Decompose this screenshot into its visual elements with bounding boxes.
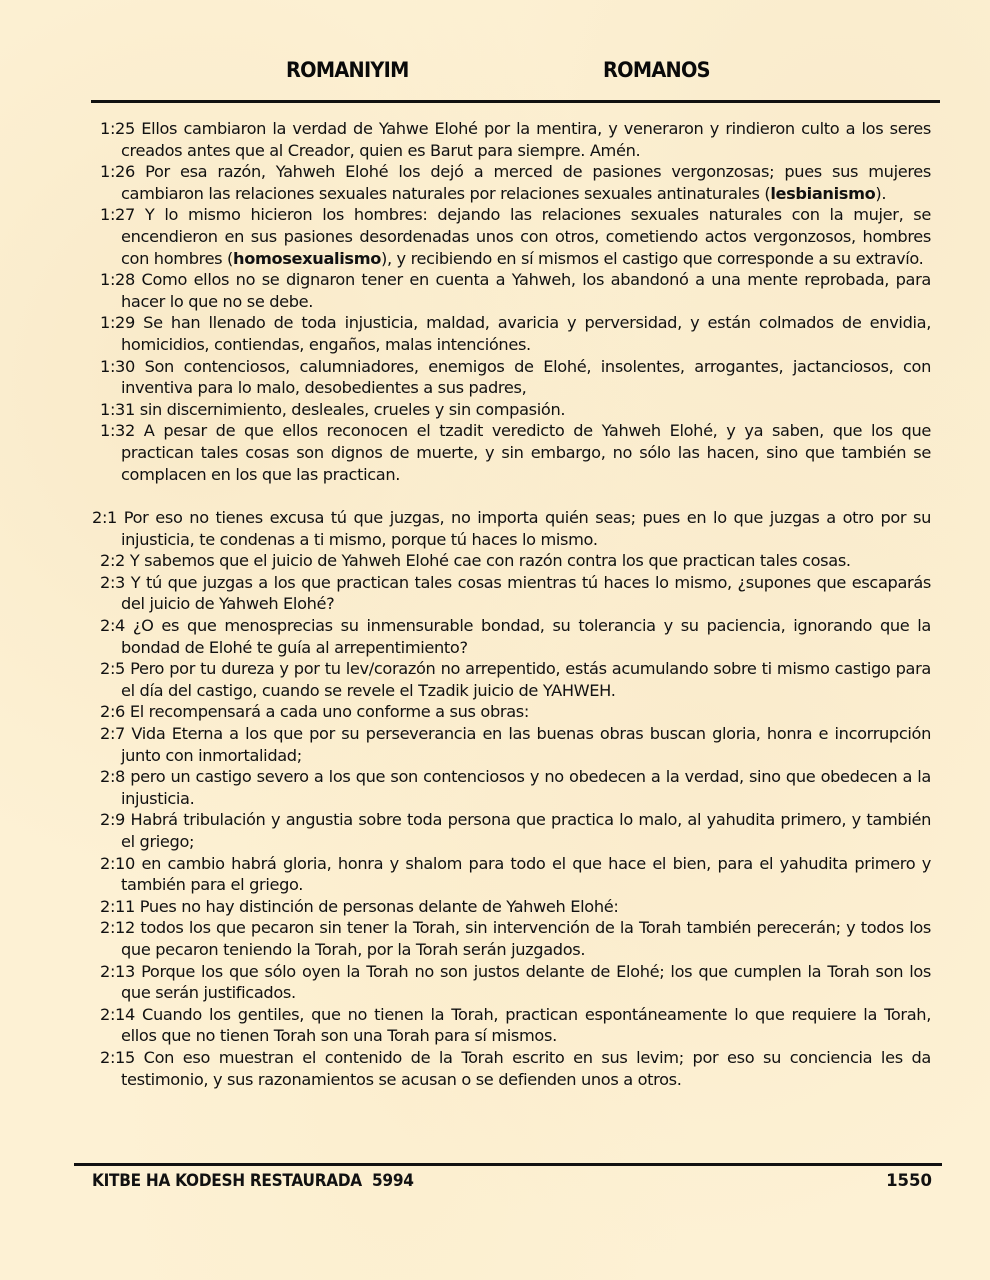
verse-ref: 1:32 [100,421,135,440]
verse-1-32: 1:32 A pesar de que ellos reconocen el t… [100,420,931,485]
verse-ref: 2:14 [100,1005,135,1024]
verse-2-5: 2:5 Pero por tu dureza y por tu lev/cora… [100,658,931,701]
verse-2-13: 2:13 Porque los que sólo oyen la Torah n… [100,961,931,1004]
page-header: ROMANIYIM ROMANOS [0,58,990,90]
verse-text: Y tú que juzgas a los que practican tale… [121,573,931,614]
verse-ref: 2:8 [100,767,125,786]
verse-1-26: 1:26 Por esa razón, Yahweh Elohé los dej… [100,161,931,204]
verse-text: Pues no hay distinción de personas delan… [140,897,619,916]
verse-ref: 1:25 [100,119,135,138]
emphasized-term: homosexualismo [233,249,381,268]
chapter-break [100,485,931,507]
verse-text: Por eso no tienes excusa tú que juzgas, … [121,508,931,549]
verse-ref: 2:2 [100,551,125,570]
verse-2-12: 2:12 todos los que pecaron sin tener la … [100,917,931,960]
verse-ref: 2:6 [100,702,125,721]
scripture-body: 1:25 Ellos cambiaron la verdad de Yahwe … [100,118,931,1090]
verse-2-15: 2:15 Con eso muestran el contenido de la… [100,1047,931,1090]
footer-divider [74,1163,942,1166]
verse-text: pero un castigo severo a los que son con… [121,767,931,808]
verse-text: Pero por tu dureza y por tu lev/corazón … [121,659,931,700]
verse-text: Como ellos no se dignaron tener en cuent… [121,270,931,311]
verse-1-31: 1:31 sin discernimiento, desleales, crue… [100,399,931,421]
verse-text: Ellos cambiaron la verdad de Yahwe Elohé… [121,119,931,160]
verse-2-10: 2:10 en cambio habrá gloria, honra y sha… [100,853,931,896]
verse-text: Y sabemos que el juicio de Yahweh Elohé … [130,551,851,570]
verse-text: Cuando los gentiles, que no tienen la To… [121,1005,931,1046]
verse-text: todos los que pecaron sin tener la Torah… [121,918,931,959]
verse-ref: 1:27 [100,205,135,224]
verse-2-14: 2:14 Cuando los gentiles, que no tienen … [100,1004,931,1047]
verse-2-1: 2:1 Por eso no tienes excusa tú que juzg… [92,507,931,550]
verse-ref: 2:9 [100,810,125,829]
verse-ref: 2:4 [100,616,125,635]
verse-ref: 2:1 [92,508,117,527]
verse-1-27: 1:27 Y lo mismo hicieron los hombres: de… [100,204,931,269]
verse-2-4: 2:4 ¿O es que menosprecias su inmensurab… [100,615,931,658]
verse-ref: 1:30 [100,357,135,376]
verse-ref: 1:28 [100,270,135,289]
verse-1-29: 1:29 Se han llenado de toda injusticia, … [100,312,931,355]
verse-text: ¿O es que menosprecias su inmensurable b… [121,616,931,657]
verse-text: Vida Eterna a los que por su perseveranc… [121,724,931,765]
verse-1-30: 1:30 Son contenciosos, calumniadores, en… [100,356,931,399]
verse-2-2: 2:2 Y sabemos que el juicio de Yahweh El… [100,550,931,572]
verse-text: Con eso muestran el contenido de la Tora… [121,1048,931,1089]
verse-ref: 2:7 [100,724,125,743]
verse-text: Son contenciosos, calumniadores, enemigo… [121,357,931,398]
header-divider [91,100,940,103]
verse-2-8: 2:8 pero un castigo severo a los que son… [100,766,931,809]
verse-ref: 2:5 [100,659,125,678]
header-title-hebrew: ROMANIYIM [286,58,409,82]
verse-text: Porque los que sólo oyen la Torah no son… [121,962,931,1003]
verse-text: sin discernimiento, desleales, crueles y… [140,400,565,419]
verse-ref: 1:26 [100,162,135,181]
verse-ref: 2:3 [100,573,125,592]
verse-text: Habrá tribulación y angustia sobre toda … [121,810,931,851]
verse-2-7: 2:7 Vida Eterna a los que por su perseve… [100,723,931,766]
verse-1-25: 1:25 Ellos cambiaron la verdad de Yahwe … [100,118,931,161]
verse-ref: 1:31 [100,400,135,419]
page-number: 1550 [886,1171,932,1190]
verse-2-11: 2:11 Pues no hay distinción de personas … [100,896,931,918]
verse-ref: 2:11 [100,897,135,916]
verse-text: Se han llenado de toda injusticia, malda… [121,313,931,354]
verse-2-9: 2:9 Habrá tribulación y angustia sobre t… [100,809,931,852]
emphasized-term: lesbianismo [770,184,875,203]
verse-ref: 2:13 [100,962,135,981]
verse-text: El recompensará a cada uno conforme a su… [130,702,529,721]
verse-ref: 2:10 [100,854,135,873]
header-title-spanish: ROMANOS [603,58,710,82]
footer-book-title: KITBE HA KODESH RESTAURADA 5994 [92,1171,414,1190]
verse-2-3: 2:3 Y tú que juzgas a los que practican … [100,572,931,615]
verse-1-28: 1:28 Como ellos no se dignaron tener en … [100,269,931,312]
verse-text: en cambio habrá gloria, honra y shalom p… [121,854,931,895]
verse-text-end: ), y recibiendo en sí mismos el castigo … [381,249,923,268]
verse-ref: 1:29 [100,313,135,332]
verse-text: A pesar de que ellos reconocen el tzadit… [121,421,931,483]
verse-text-end: ). [875,184,886,203]
verse-2-6: 2:6 El recompensará a cada uno conforme … [100,701,931,723]
verse-ref: 2:15 [100,1048,135,1067]
verse-ref: 2:12 [100,918,135,937]
